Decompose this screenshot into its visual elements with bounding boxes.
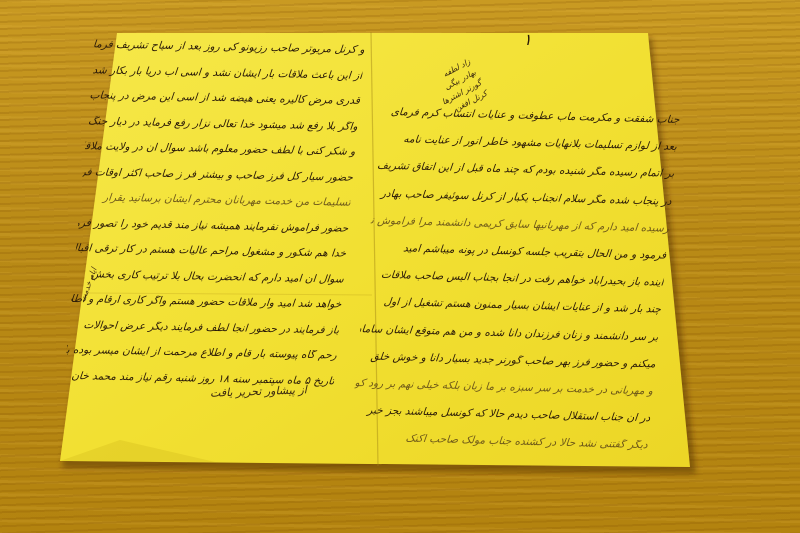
right-page: جناب شفقت و مکرمت مآب عطوفت و عنایات انت… (348, 107, 680, 468)
left-page: و کرنل مریوتر صاحب رزیونو کی روز بعد از … (63, 39, 365, 401)
page-number: ۱ (523, 30, 532, 49)
